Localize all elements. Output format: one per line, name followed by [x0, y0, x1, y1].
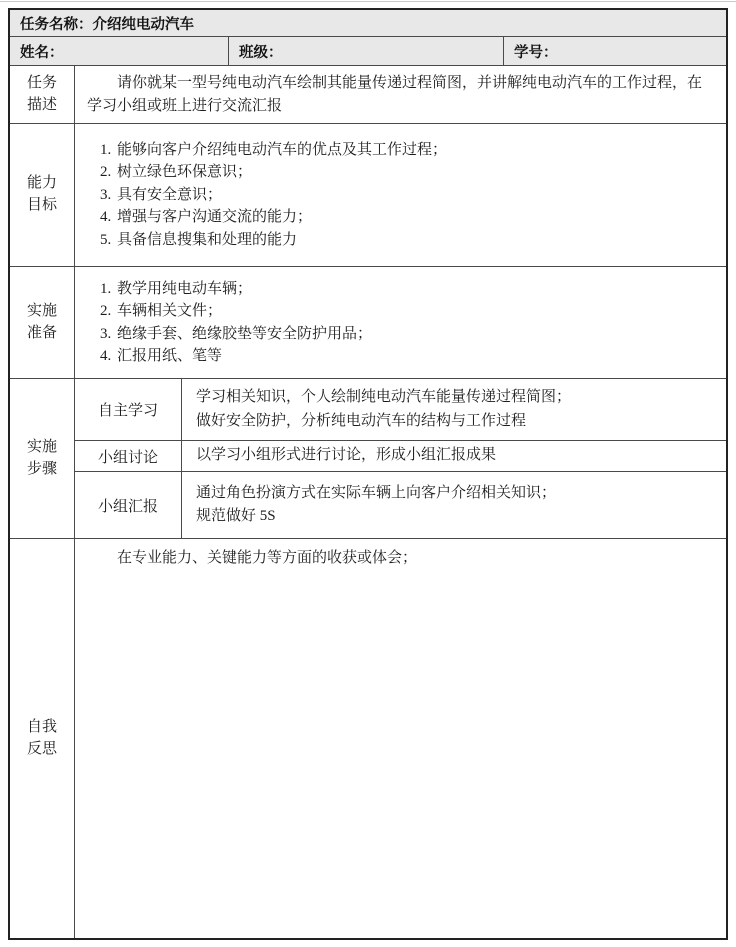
list-item: 增强与客户沟通交流的能力； [115, 206, 447, 229]
student-id-cell: 学号： [504, 37, 726, 65]
steps-label: 实施 步骤 [10, 379, 75, 538]
task-description-row: 任务 描述 请你就某一型号纯电动汽车绘制其能量传递过程简图，并讲解纯电动汽车的工… [10, 66, 726, 124]
name-label: 姓名： [20, 41, 64, 62]
list-item: 绝缘手套、绝缘胶垫等安全防护用品； [115, 323, 372, 346]
task-sheet-table: 任务名称：介绍纯电动汽车 姓名： 班级： 学号： 任务 描述 请你就某一型号纯电… [8, 8, 728, 940]
reflection-prompt: 在专业能力、关键能力等方面的收获或体会； [87, 547, 710, 570]
list-item: 具备信息搜集和处理的能力 [115, 229, 447, 252]
student-info-row: 姓名： 班级： 学号： [10, 37, 726, 66]
steps-row: 实施 步骤 自主学习 学习相关知识，个人绘制纯电动汽车能量传递过程简图； 做好安… [10, 379, 726, 539]
list-item: 能够向客户介绍纯电动汽车的优点及其工作过程； [115, 139, 447, 162]
step-content: 以学习小组形式进行讨论，形成小组汇报成果 [182, 441, 726, 471]
task-description-label: 任务 描述 [10, 66, 75, 123]
list-item: 具有安全意识； [115, 184, 447, 207]
list-item: 教学用纯电动车辆； [115, 278, 372, 301]
step-row-self-study: 自主学习 学习相关知识，个人绘制纯电动汽车能量传递过程简图； 做好安全防护，分析… [75, 379, 726, 441]
ability-goals-content: 能够向客户介绍纯电动汽车的优点及其工作过程； 树立绿色环保意识； 具有安全意识；… [75, 124, 726, 266]
step-row-group-discussion: 小组讨论 以学习小组形式进行讨论，形成小组汇报成果 [75, 441, 726, 472]
preparation-list: 教学用纯电动车辆； 车辆相关文件； 绝缘手套、绝缘胶垫等安全防护用品； 汇报用纸… [75, 278, 372, 368]
reflection-label: 自我 反思 [10, 539, 75, 938]
step-content: 学习相关知识，个人绘制纯电动汽车能量传递过程简图； 做好安全防护，分析纯电动汽车… [182, 379, 726, 440]
list-item: 汇报用纸、笔等 [115, 345, 372, 368]
task-description-content: 请你就某一型号纯电动汽车绘制其能量传递过程简图，并讲解纯电动汽车的工作过程，在学… [75, 66, 726, 123]
class-label: 班级： [239, 41, 283, 62]
preparation-content: 教学用纯电动车辆； 车辆相关文件； 绝缘手套、绝缘胶垫等安全防护用品； 汇报用纸… [75, 267, 726, 378]
steps-subtable: 自主学习 学习相关知识，个人绘制纯电动汽车能量传递过程简图； 做好安全防护，分析… [75, 379, 726, 538]
list-item: 树立绿色环保意识； [115, 161, 447, 184]
ability-goals-list: 能够向客户介绍纯电动汽车的优点及其工作过程； 树立绿色环保意识； 具有安全意识；… [75, 139, 447, 252]
reflection-content: 在专业能力、关键能力等方面的收获或体会； [75, 539, 726, 938]
step-row-group-report: 小组汇报 通过角色扮演方式在实际车辆上向客户介绍相关知识； 规范做好 5S [75, 472, 726, 538]
reflection-row: 自我 反思 在专业能力、关键能力等方面的收获或体会； [10, 539, 726, 938]
step-content: 通过角色扮演方式在实际车辆上向客户介绍相关知识； 规范做好 5S [182, 472, 726, 538]
ability-goals-row: 能力 目标 能够向客户介绍纯电动汽车的优点及其工作过程； 树立绿色环保意识； 具… [10, 124, 726, 267]
step-label: 小组汇报 [75, 472, 182, 538]
preparation-row: 实施 准备 教学用纯电动车辆； 车辆相关文件； 绝缘手套、绝缘胶垫等安全防护用品… [10, 267, 726, 379]
name-cell: 姓名： [10, 37, 229, 65]
task-name-title: 任务名称：介绍纯电动汽车 [20, 13, 194, 34]
task-description-text: 请你就某一型号纯电动汽车绘制其能量传递过程简图，并讲解纯电动汽车的工作过程，在学… [87, 72, 710, 117]
step-label: 小组讨论 [75, 441, 182, 471]
list-item: 车辆相关文件； [115, 300, 372, 323]
worksheet-page: 任务名称：介绍纯电动汽车 姓名： 班级： 学号： 任务 描述 请你就某一型号纯电… [0, 0, 736, 947]
preparation-label: 实施 准备 [10, 267, 75, 378]
ability-goals-label: 能力 目标 [10, 124, 75, 266]
class-cell: 班级： [229, 37, 504, 65]
task-name-row: 任务名称：介绍纯电动汽车 [10, 10, 726, 37]
step-label: 自主学习 [75, 379, 182, 440]
student-id-label: 学号： [514, 41, 558, 62]
